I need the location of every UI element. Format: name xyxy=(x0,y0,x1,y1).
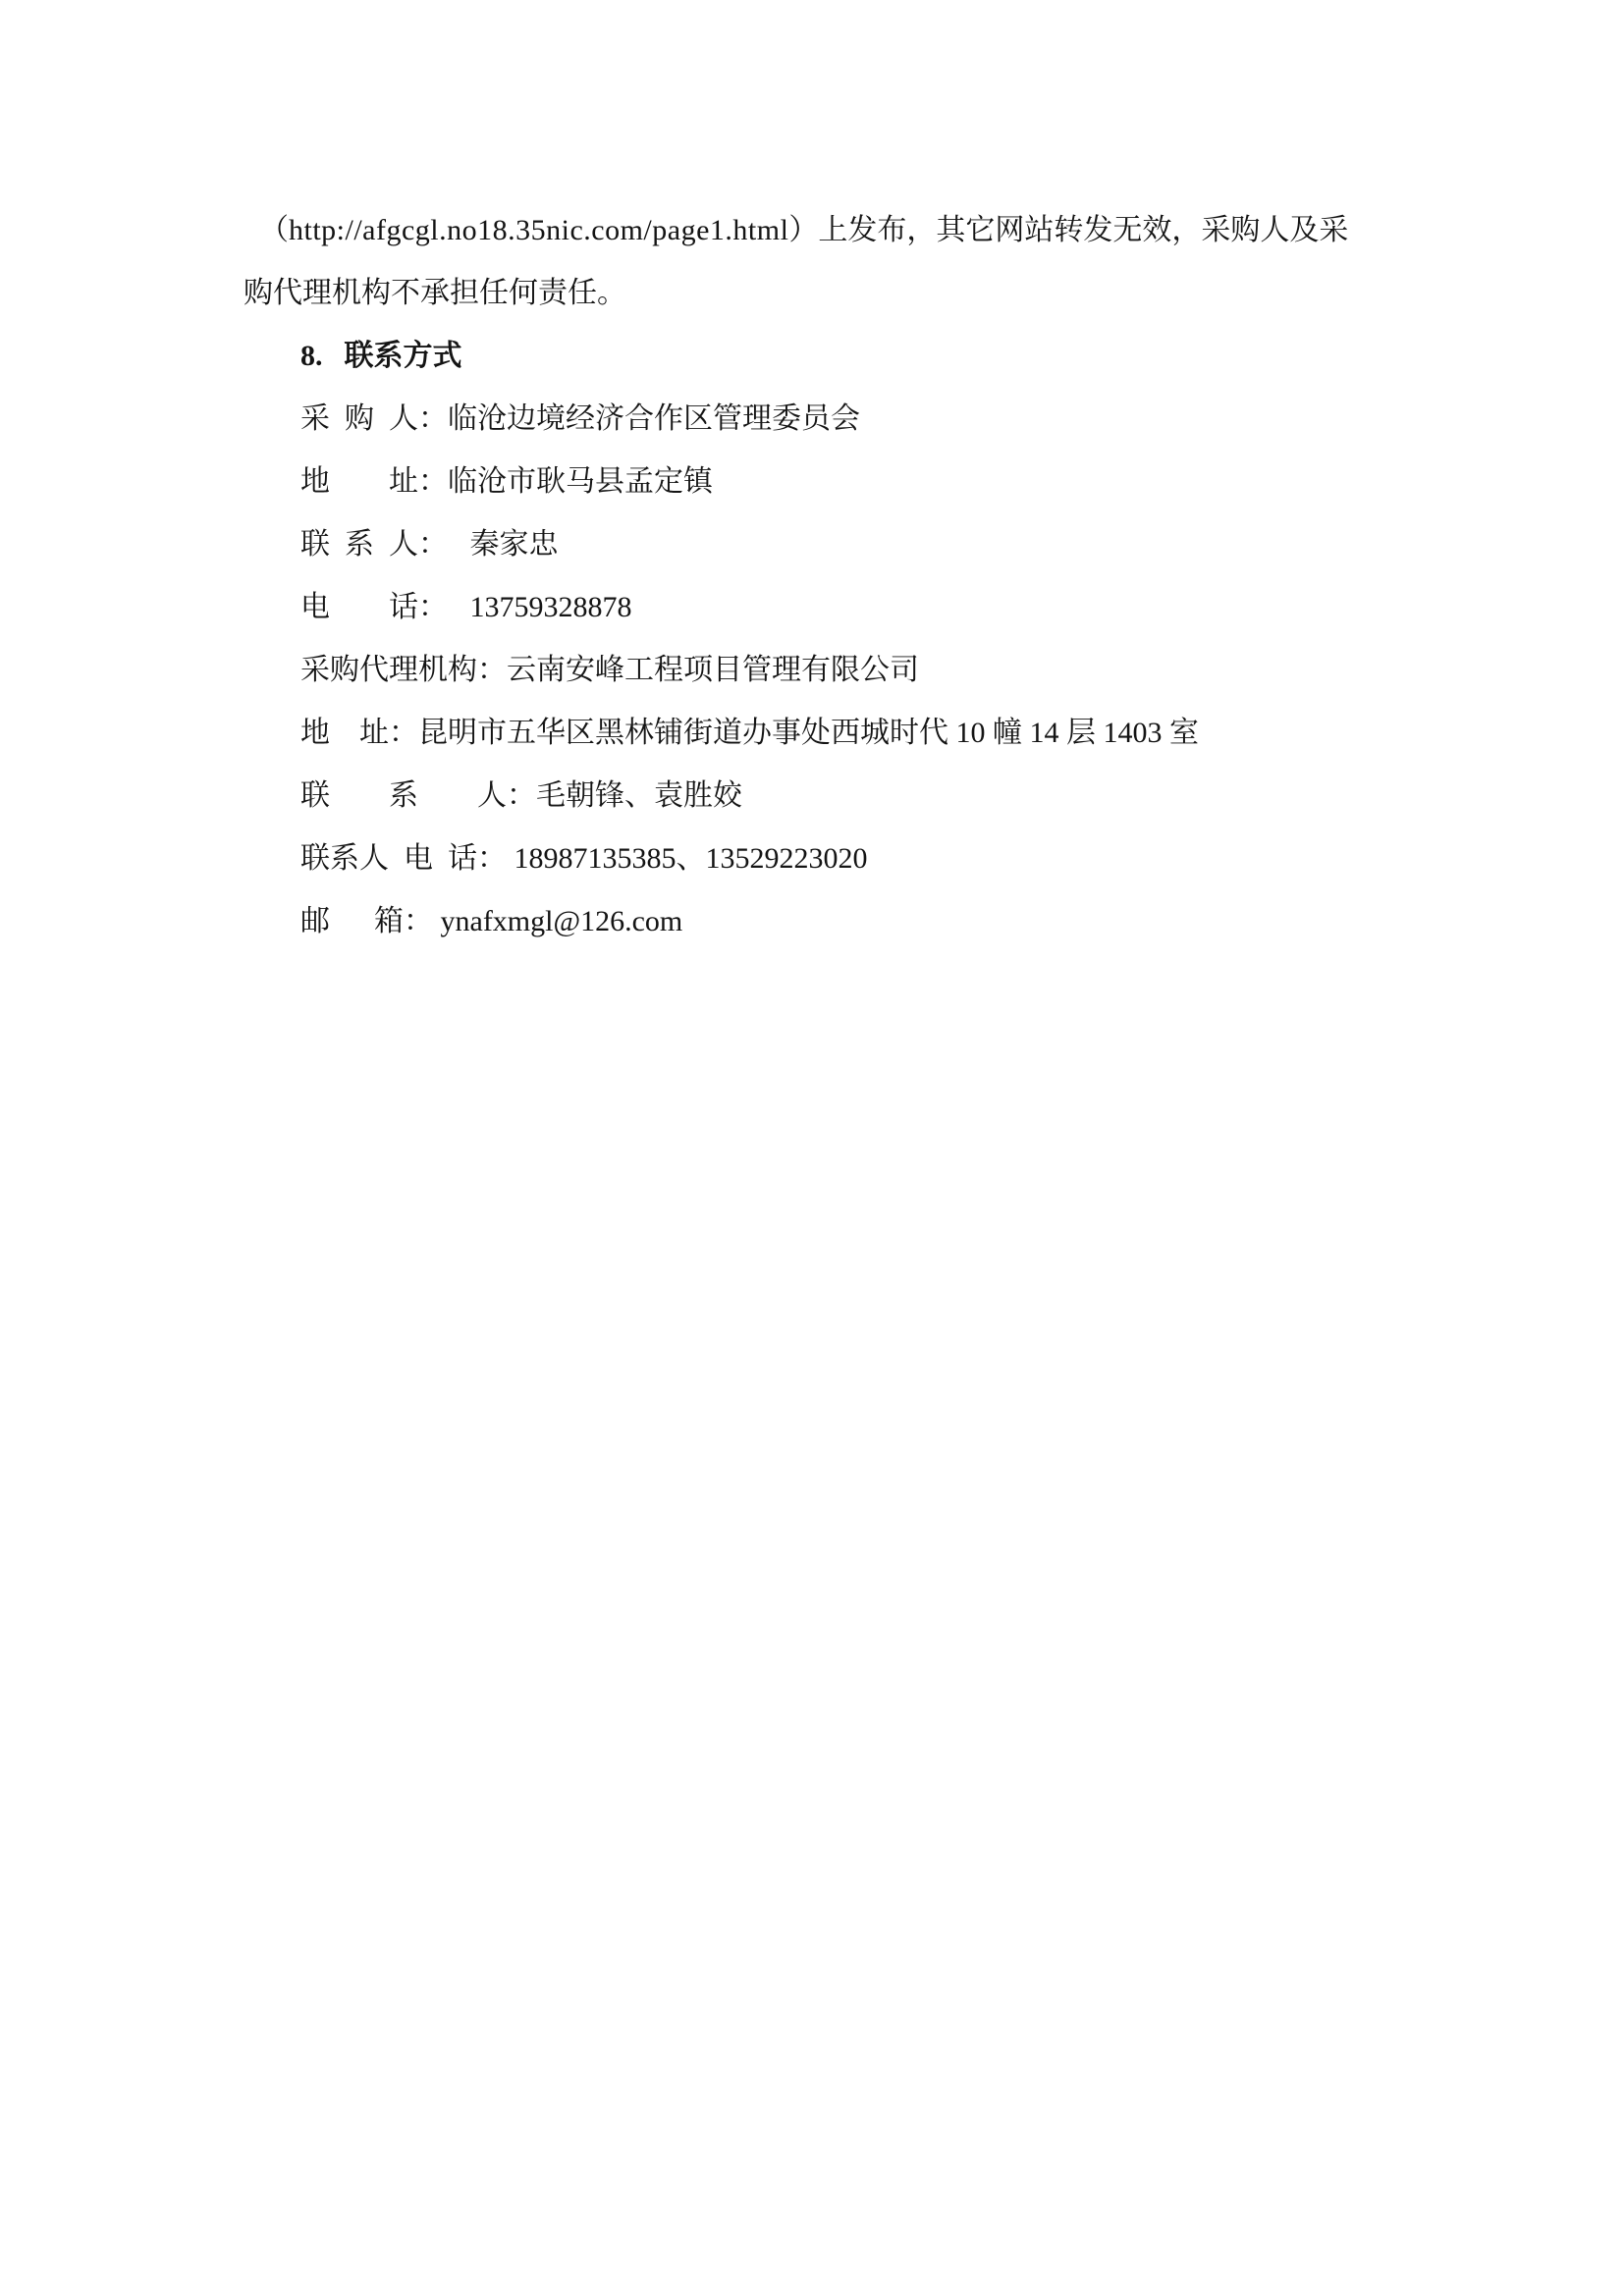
contact-value: 临沧市耿马县孟定镇 xyxy=(448,465,713,498)
contact-row-agency-address: 地 址：昆明市五华区黑林铺街道办事处西城时代 10 幢 14 层 1403 室 xyxy=(244,702,1477,765)
contact-value: 云南安峰工程项目管理有限公司 xyxy=(507,654,919,686)
contact-label: 采购代理机构： xyxy=(300,654,507,686)
paragraph-line-1: （http://afgcgl.no18.35nic.com/page1.html… xyxy=(244,199,1477,262)
page-content: （http://afgcgl.no18.35nic.com/page1.html… xyxy=(0,0,1624,953)
contact-value: ynafxmgl@126.com xyxy=(441,905,683,937)
contact-value: 秦家忠 xyxy=(470,528,559,561)
contact-label: 采 购 人： xyxy=(300,402,448,435)
contact-label: 联系人 电 话： xyxy=(300,842,514,875)
paragraph-line-1-text: ）上发布，其它网站转发无效，采购人及采 xyxy=(788,214,1348,246)
contact-row-agency: 采购代理机构：云南安峰工程项目管理有限公司 xyxy=(244,639,1477,702)
contact-row-agency-email: 邮 箱： ynafxmgl@126.com xyxy=(244,890,1477,953)
contact-row-purchaser-person: 联 系 人： 秦家忠 xyxy=(244,513,1477,576)
contact-label: 联 系 人： xyxy=(300,779,536,812)
contact-value: 昆明市五华区黑林铺街道办事处西城时代 10 幢 14 层 1403 室 xyxy=(418,717,1199,749)
paragraph-line-2: 购代理机构不承担任何责任。 xyxy=(244,262,1477,325)
section-heading: 8.联系方式 xyxy=(244,325,1477,388)
contact-row-purchaser-address: 地 址：临沧市耿马县孟定镇 xyxy=(244,451,1477,513)
contact-label: 电 话： xyxy=(300,591,470,623)
contact-value: 毛朝锋、袁胜姣 xyxy=(536,779,742,812)
contact-row-purchaser-phone: 电 话： 13759328878 xyxy=(244,576,1477,639)
contact-label: 地 址： xyxy=(300,717,418,749)
contact-row-purchaser: 采 购 人：临沧边境经济合作区管理委员会 xyxy=(244,388,1477,451)
paren-open: （ xyxy=(259,214,289,246)
contact-row-agency-phone: 联系人 电 话： 18987135385、13529223020 xyxy=(244,828,1477,890)
notice-url: http://afgcgl.no18.35nic.com/page1.html xyxy=(289,214,788,246)
contact-label: 邮 箱： xyxy=(300,905,441,937)
document-page: （http://afgcgl.no18.35nic.com/page1.html… xyxy=(0,0,1624,2296)
contact-value: 13759328878 xyxy=(470,591,632,623)
contact-value: 18987135385、13529223020 xyxy=(514,842,868,875)
contact-label: 联 系 人： xyxy=(300,528,470,561)
contact-value: 临沧边境经济合作区管理委员会 xyxy=(448,402,860,435)
contact-row-agency-person: 联 系 人：毛朝锋、袁胜姣 xyxy=(244,765,1477,828)
section-title: 联系方式 xyxy=(345,340,462,372)
section-number: 8. xyxy=(300,340,323,372)
contact-label: 地 址： xyxy=(300,465,448,498)
